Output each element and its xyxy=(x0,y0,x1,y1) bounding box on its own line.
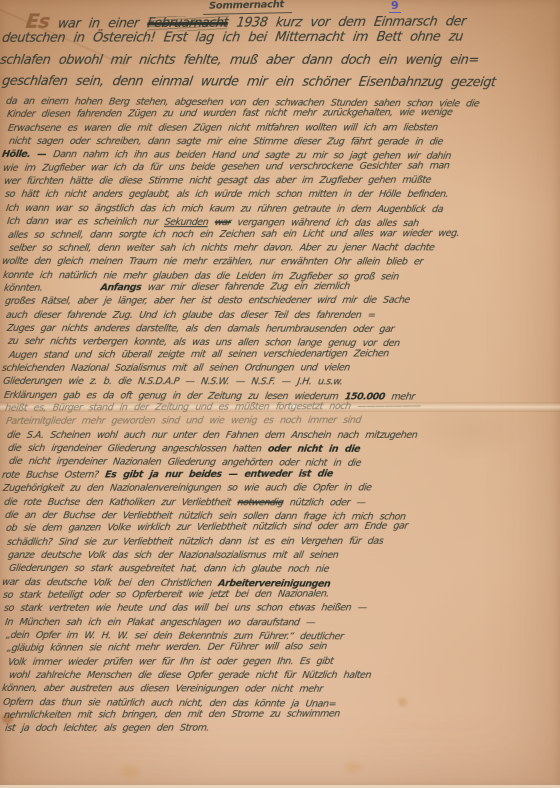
handwriting-line: schlafen obwohl mir nichts fehlte, muß a… xyxy=(0,55,479,68)
handwriting-line: nehmlichkeiten mit sich bringen, den mit… xyxy=(3,710,340,721)
handwriting-line: so stark vertreten wie heute und das wil… xyxy=(3,604,367,614)
handwriting-segment: so stark vertreten wie heute und das wil… xyxy=(3,603,367,615)
handwriting-segment: geschlafen sein, denn einmal wurde mir e… xyxy=(1,74,496,90)
handwriting-segment: nehmlichkeiten mit sich bringen, den mit… xyxy=(3,709,340,721)
handwriting-segment: selber so schnell, denn weiter sah ich n… xyxy=(8,242,435,254)
handwriting-segment: N.S.D.A.P — N.S.W. — N.S.F. — J.H. u.s.w… xyxy=(137,377,343,388)
handwriting-line: selber so schnell, denn weiter sah ich n… xyxy=(8,243,435,253)
handwriting-line: ganze deutsche Volk das sich der Naziona… xyxy=(7,551,339,561)
handwriting-line: die sich irgendeiner Gliederung angeschl… xyxy=(7,444,360,454)
handwriting-segment: wer fürchten hätte die diese Stimme nich… xyxy=(3,175,431,187)
handwriting-segment-cap: Es xyxy=(25,10,52,33)
handwriting-line: Parteimitglieder mehr geworden sind und … xyxy=(5,416,361,426)
handwriting-line: so stark beteiligt oder so Opferbereit w… xyxy=(2,590,329,601)
handwriting-lines: Es war in einer Februarnacht 1938 kurz v… xyxy=(0,0,560,788)
handwriting-segment: so stark beteiligt oder so Opferbereit w… xyxy=(2,589,329,601)
handwriting-line: Ich wann war so ängstlich das ich mich k… xyxy=(5,204,443,215)
handwriting-segment: auch dieser fahrende Zug. Und ich glaube… xyxy=(5,310,376,321)
handwriting-line: so hätt ich nicht anders geglaubt, als i… xyxy=(4,190,448,200)
handwriting-segment: rote Buchse Ostern? xyxy=(1,469,105,480)
handwriting-line: Gliederungen wie z. b. die N.S.D.A.P — N… xyxy=(2,377,343,387)
handwriting-segment: In München sah ich ein Plakat angeschlag… xyxy=(4,617,316,628)
handwriting-segment: die sich irgendeiner Gliederung angeschl… xyxy=(7,443,268,455)
handwriting-segment: Gliederungen so stark ausgebreitet hat, … xyxy=(8,563,329,575)
handwriting-segment-bold: Es gibt ja nur beides — entweder ist die xyxy=(104,468,333,480)
handwriting-segment-bold: Arbeitervereinigungen xyxy=(217,578,331,590)
handwriting-line: „dein Opfer im W. H. W. sei dein Bekennt… xyxy=(5,631,344,642)
handwriting-line: Zugehörigkeit zu den Nazionalenvereinigu… xyxy=(2,484,372,494)
handwriting-line: In München sah ich ein Plakat angeschlag… xyxy=(4,618,315,628)
handwriting-line: die nicht irgendeiner Nazionalen Glieder… xyxy=(8,457,361,468)
handwriting-segment: die rote Buchse den Katholiken zur Verli… xyxy=(3,497,238,508)
handwriting-segment: Volk immer wieder prüfen wer für Ihn ist… xyxy=(7,656,334,668)
handwriting-segment: ——————— xyxy=(356,401,421,412)
handwriting-line: könnten.Anfangs war mir dieser fahrende … xyxy=(3,282,350,293)
handwriting-segment-bold: oder nicht in die xyxy=(267,444,361,455)
handwriting-segment-bold: Hölle. — xyxy=(1,149,54,160)
handwriting-line: rote Buchse Ostern? Es gibt ja nur beide… xyxy=(1,469,333,480)
handwriting-segment: Opfern das thun sie natürlich auch nicht… xyxy=(2,697,337,710)
handwriting-line: wer fürchten hätte die diese Stimme nich… xyxy=(3,176,431,187)
handwriting-line: auch dieser fahrende Zug. Und ich glaube… xyxy=(5,311,376,321)
handwriting-segment: nützlich oder — xyxy=(282,497,366,508)
handwriting-segment: können, aber austreten aus diesen Verein… xyxy=(1,683,323,695)
handwriting-segment: Zugehörigkeit zu den Nazionalenvereinigu… xyxy=(2,483,372,495)
handwriting-line: Augen stand und sich überall zeigte mit … xyxy=(8,349,389,360)
handwriting-segment: die S.A. Scheinen wohl auch nur unter de… xyxy=(6,430,418,441)
handwriting-segment: war mir dieser fahrende Zug ein ziemlich xyxy=(141,281,351,293)
handwriting-segment: ist ja doch leichter, als gegen den Stro… xyxy=(4,723,209,734)
handwriting-line: zu sehr nichts verbergen konnte, als was… xyxy=(7,337,400,349)
handwriting-segment: wohl zahlreiche Menschen die diese Opfer… xyxy=(8,670,371,681)
handwriting-segment: Kinder diesen fahrenden Zügen zu und wur… xyxy=(6,107,453,120)
handwriting-segment: die nicht irgendeiner Nazionalen Glieder… xyxy=(8,456,361,469)
handwriting-line: war das deutsche Volk bei den Christlich… xyxy=(1,578,331,589)
handwriting-segment: könnten. xyxy=(3,283,43,294)
handwriting-segment: schleichenden Nazional Sozialismus mit a… xyxy=(1,363,350,374)
handwriting-segment: ganze deutsche Volk das sich der Naziona… xyxy=(7,550,339,561)
handwriting-line: können, aber austreten aus diesen Verein… xyxy=(1,684,323,694)
handwriting-line: alles so schnell, dann sorgte ich noch e… xyxy=(7,229,459,240)
handwriting-line: nicht sagen oder schreiben, dann sagte m… xyxy=(8,137,443,147)
handwriting-segment: schlafen obwohl mir nichts fehlte, muß a… xyxy=(0,53,480,68)
handwriting-line: Opfern das thun sie natürlich auch nicht… xyxy=(2,698,336,709)
handwriting-line: Kinder diesen fahrenden Zügen zu und wur… xyxy=(6,108,453,119)
handwriting-segment-strike: notwendig xyxy=(237,497,284,508)
handwriting-line: konnte ich natürlich nie mehr glauben da… xyxy=(2,271,399,282)
handwriting-line: geschlafen sein, denn einmal wurde mir e… xyxy=(1,76,496,90)
handwriting-segment: alles so schnell, dann sorgte ich noch e… xyxy=(7,228,460,241)
handwriting-line: die rote Buchse den Katholiken zur Verli… xyxy=(3,498,366,508)
handwriting-segment: großes Rätsel, aber je länger, aber her … xyxy=(4,295,410,307)
handwriting-segment: war das deutsche Volk bei den Christlich… xyxy=(1,577,219,589)
handwriting-segment-bold: Anfangs xyxy=(100,282,142,293)
handwriting-segment: wollte den gleich meinen Traum nie mehr … xyxy=(1,256,423,268)
handwriting-segment-strike: war xyxy=(214,217,232,228)
handwriting-segment-under: Sekunden xyxy=(164,217,209,228)
handwriting-segment: nicht sagen oder schreiben, dann sagte m… xyxy=(8,136,443,148)
handwriting-segment: Erklärungen gab es da oft genug in der Z… xyxy=(3,390,345,402)
handwriting-line: großes Rätsel, aber je länger, aber her … xyxy=(4,296,410,307)
handwriting-line: Gliederungen so stark ausgebreitet hat, … xyxy=(8,564,329,574)
handwriting-segment: heißt es, Bürger stand in der Zeitung un… xyxy=(4,401,358,414)
handwriting-segment-scribble: Februarnacht xyxy=(146,16,229,31)
handwriting-segment: war in einer xyxy=(48,16,148,32)
handwriting-segment: Erwachsene es waren die mit diesen Zügen… xyxy=(7,122,438,134)
handwriting-line: wohl zahlreiche Menschen die diese Opfer… xyxy=(8,671,371,681)
handwriting-line: deutschen in Östereich! Erst lag ich bei… xyxy=(1,32,463,46)
handwriting-segment: schädlich? Sind sie zur Verliebtheit nüt… xyxy=(6,535,384,547)
handwriting-segment: ob sie dem ganzen Volke wirklich zur Ver… xyxy=(5,521,408,534)
handwriting-line: wollte den gleich meinen Traum nie mehr … xyxy=(1,257,423,267)
handwriting-line: Volk immer wieder prüfen wer für Ihn ist… xyxy=(7,657,333,667)
handwriting-line: Erwachsene es waren die mit diesen Zügen… xyxy=(7,123,438,133)
handwriting-line: Es war in einer Februarnacht 1938 kurz v… xyxy=(25,10,468,32)
handwriting-line: „gläubig können sie nicht mehr werden. D… xyxy=(6,643,327,654)
handwriting-segment: 1938 kurz vor dem Einmarsch der xyxy=(227,15,467,31)
handwriting-segment: Gliederungen wie z. b. die xyxy=(2,376,139,387)
handwriting-line: die S.A. Scheinen wohl auch nur unter de… xyxy=(6,431,418,441)
letter-page: 9 Sommernacht Es war in einer Februarnac… xyxy=(0,0,560,788)
handwriting-segment: „gläubig können sie nicht mehr werden. D… xyxy=(6,642,327,655)
handwriting-segment: so hätt ich nicht anders geglaubt, als i… xyxy=(4,189,449,200)
handwriting-line: ist ja doch leichter, als gegen den Stro… xyxy=(4,724,209,734)
handwriting-segment: Zuges gar nichts anderes darstellte, als… xyxy=(6,323,394,335)
handwriting-segment: deutschen in Östereich! Erst lag ich bei… xyxy=(1,30,464,46)
handwriting-segment: Ich wann war so ängstlich das ich mich k… xyxy=(5,203,444,215)
handwriting-segment: Ich dann war es scheinlich nur xyxy=(6,216,165,228)
handwriting-line: Ich dann war es scheinlich nur Sekunden … xyxy=(6,217,419,229)
handwriting-line: Zuges gar nichts anderes darstellte, als… xyxy=(6,324,394,335)
handwriting-segment: zu sehr nichts verbergen konnte, als was… xyxy=(7,336,400,349)
handwriting-line: heißt es, Bürger stand in der Zeitung un… xyxy=(4,402,421,414)
handwriting-segment: Parteimitglieder mehr geworden sind und … xyxy=(5,415,361,427)
handwriting-segment: wie im Zugfieber war ich da für uns beid… xyxy=(2,160,450,173)
handwriting-line: wie im Zugfieber war ich da für uns beid… xyxy=(2,161,450,173)
handwriting-line: schädlich? Sind sie zur Verliebtheit nüt… xyxy=(6,536,383,547)
handwriting-line: ob sie dem ganzen Volke wirklich zur Ver… xyxy=(5,522,408,534)
handwriting-line: schleichenden Nazional Sozialismus mit a… xyxy=(1,364,350,374)
handwriting-segment: Augen stand und sich überall zeigte mit … xyxy=(8,348,389,361)
